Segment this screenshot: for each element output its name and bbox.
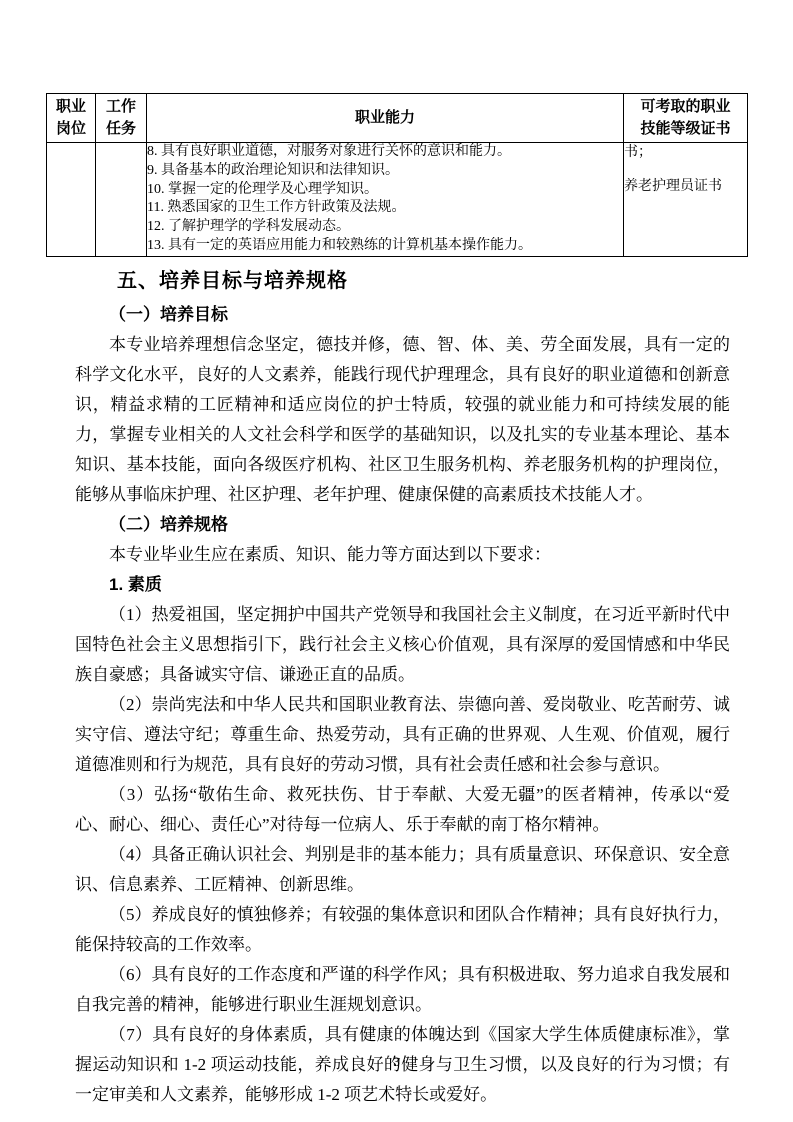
specification-intro: 本专业毕业生应在素质、知识、能力等方面达到以下要求： xyxy=(75,540,730,570)
certificate-line: 养老护理员证书 xyxy=(624,177,747,196)
capability-item: 9. 具备基本的政治理论知识和法律知识。 xyxy=(147,162,623,181)
quality-item-2: （2）崇尚宪法和中华人民共和国职业教育法、崇德向善、爱岗敬业、吃苦耐劳、诚实守信… xyxy=(75,690,730,780)
certificate-line: 书； xyxy=(624,143,747,162)
capability-item: 13. 具有一定的英语应用能力和较熟练的计算机基本操作能力。 xyxy=(147,237,623,256)
table-header-row: 职业 岗位 工作 任务 职业能力 可考取的职业 技能等级证书 xyxy=(47,94,748,143)
capability-item: 10. 掌握一定的伦理学及心理学知识。 xyxy=(147,181,623,200)
section-heading-training: 五、培养目标与培养规格 xyxy=(117,268,730,294)
table-row: 8. 具有良好职业道德，对服务对象进行关怀的意识和能力。 9. 具备基本的政治理… xyxy=(47,143,748,257)
quality-item-3: （3）弘扬“敬佑生命、救死扶伤、甘于奉献、大爱无疆”的医者精神，传承以“爱心、耐… xyxy=(75,780,730,840)
capability-item: 8. 具有良好职业道德，对服务对象进行关怀的意识和能力。 xyxy=(147,143,623,162)
subsection-heading-objective: （一）培养目标 xyxy=(109,300,730,330)
cell-task xyxy=(96,143,147,257)
quality-heading: 1. 素质 xyxy=(109,570,730,600)
quality-item-4: （4）具备正确认识社会、判别是非的基本能力；具有质量意识、环保意识、安全意识、信… xyxy=(75,840,730,900)
table-header-certificate: 可考取的职业 技能等级证书 xyxy=(624,94,748,143)
table-header-task: 工作 任务 xyxy=(96,94,147,143)
page-number: 3 xyxy=(0,1054,793,1070)
cell-certificates: 书； 养老护理员证书 xyxy=(624,143,748,257)
cell-capabilities: 8. 具有良好职业道德，对服务对象进行关怀的意识和能力。 9. 具备基本的政治理… xyxy=(147,143,624,257)
capability-item: 12. 了解护理学的学科发展动态。 xyxy=(147,218,623,237)
objective-paragraph: 本专业培养理想信念坚定，德技并修，德、智、体、美、劳全面发展，具有一定的科学文化… xyxy=(75,330,730,510)
cell-post xyxy=(47,143,96,257)
quality-item-6: （6）具有良好的工作态度和严谨的科学作风；具有积极进取、努力追求自我发展和自我完… xyxy=(75,960,730,1020)
career-capability-table: 职业 岗位 工作 任务 职业能力 可考取的职业 技能等级证书 8. 具有良好职业… xyxy=(46,93,748,257)
quality-item-1: （1）热爱祖国，坚定拥护中国共产党领导和我国社会主义制度，在习近平新时代中国特色… xyxy=(75,600,730,690)
document-body: 五、培养目标与培养规格 （一）培养目标 本专业培养理想信念坚定，德技并修，德、智… xyxy=(75,268,730,1110)
table-header-post: 职业 岗位 xyxy=(47,94,96,143)
subsection-heading-specification: （二）培养规格 xyxy=(109,510,730,540)
table-header-capability: 职业能力 xyxy=(147,94,624,143)
document-page: 职业 岗位 工作 任务 职业能力 可考取的职业 技能等级证书 8. 具有良好职业… xyxy=(0,0,793,1122)
capability-item: 11. 熟悉国家的卫生工作方针政策及法规。 xyxy=(147,199,623,218)
quality-item-5: （5）养成良好的慎独修养；有较强的集体意识和团队合作精神；具有良好执行力，能保持… xyxy=(75,900,730,960)
